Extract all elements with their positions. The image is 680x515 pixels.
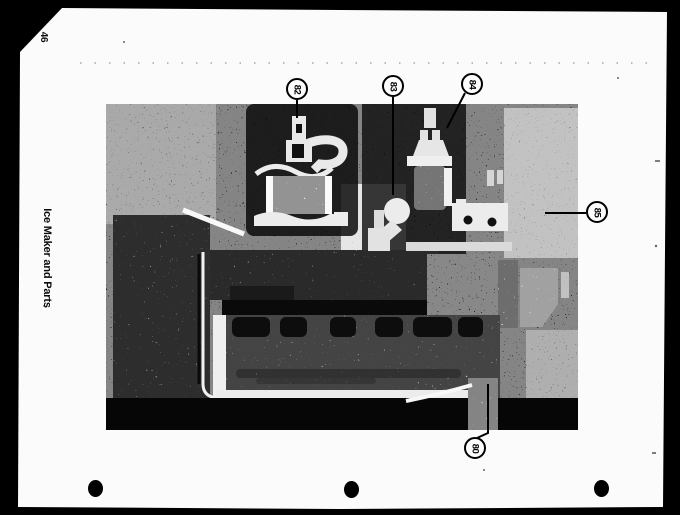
terminal-module-part bbox=[452, 199, 508, 231]
callout-80-label: 80 bbox=[469, 443, 480, 453]
punch-hole-left bbox=[88, 480, 103, 497]
callout-83: 83 bbox=[382, 75, 404, 97]
scanned-page: 46 Ice Maker and Parts bbox=[0, 0, 680, 515]
callout-85: 85 bbox=[586, 201, 608, 223]
callout-80: 80 bbox=[464, 437, 486, 459]
ice-maker-photo-art bbox=[106, 104, 578, 430]
callout-84-label: 84 bbox=[466, 79, 477, 89]
punch-hole-center bbox=[344, 481, 359, 498]
callout-83-label: 83 bbox=[387, 81, 398, 91]
callout-85-label: 85 bbox=[591, 207, 602, 217]
punch-hole-right bbox=[594, 480, 609, 497]
callout-82-label: 82 bbox=[291, 84, 302, 94]
page-number: 46 bbox=[35, 25, 49, 49]
page-title: Ice Maker and Parts bbox=[39, 188, 55, 328]
callout-82: 82 bbox=[286, 78, 308, 100]
ice-maker-photo bbox=[106, 104, 578, 430]
callout-84: 84 bbox=[461, 73, 483, 95]
